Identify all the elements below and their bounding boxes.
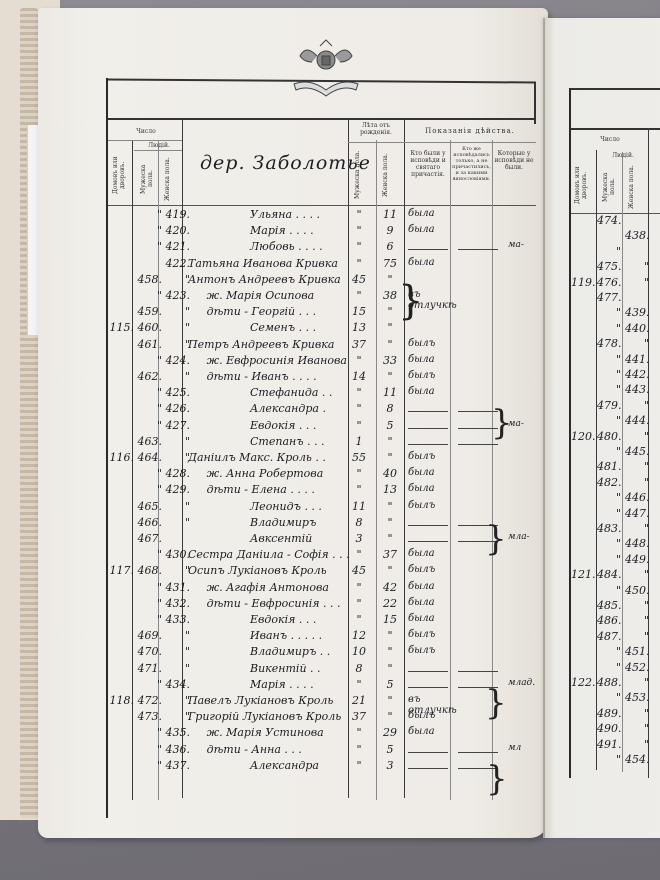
table-row: 469."Иванъ . . . . .12"былъ <box>108 629 536 645</box>
person-name: Авксентій <box>250 532 312 545</box>
female-number: " <box>164 645 190 658</box>
table-row: "436.дѣти - Анна . . ."5мл <box>108 743 536 759</box>
table-row: 115.460."Семенъ . . .13" <box>108 321 536 337</box>
age-male: " <box>348 581 370 594</box>
female-number: " <box>625 738 649 751</box>
person-name: ж. Агафія Антонова <box>207 581 329 594</box>
male-number: " <box>136 548 162 561</box>
person-name: Степанъ . . . <box>250 435 325 448</box>
table-row: 458."Антонъ Андреевъ Кривка45" <box>108 273 536 289</box>
female-number: 424. <box>164 354 190 367</box>
female-number: 452. <box>625 661 649 674</box>
age-male: " <box>348 483 370 496</box>
table-row: "433.Евдокія . . ."15была <box>108 613 536 629</box>
confession-status: былъ <box>408 500 452 511</box>
male-number: " <box>597 537 621 550</box>
person-name: Семенъ . . . <box>250 321 316 334</box>
table-row: 120.480." <box>571 430 660 444</box>
dash-mark <box>408 768 448 769</box>
male-number: " <box>136 483 162 496</box>
person-name: дѣти - Анна . . . <box>207 743 302 756</box>
header-chislo: Число <box>110 128 182 135</box>
age-female: 29 <box>378 726 402 739</box>
person-name: Григорій Лукіановъ Кроль <box>188 710 341 723</box>
female-number: " <box>625 430 649 443</box>
age-male: " <box>348 613 370 626</box>
male-number: " <box>136 743 162 756</box>
dash-mark <box>408 752 448 753</box>
age-female: 3 <box>378 759 402 772</box>
chislo-sub-rule <box>108 140 182 141</box>
confession-status: была <box>408 581 452 592</box>
female-number: 426. <box>164 402 190 415</box>
age-female: 5 <box>378 743 402 756</box>
male-number: " <box>597 491 621 504</box>
dash-mark <box>408 411 448 412</box>
table-row: "447. <box>571 507 660 521</box>
age-female: " <box>378 435 402 448</box>
age-female: 75 <box>378 257 402 270</box>
margin-note: мла- <box>508 532 530 542</box>
age-female: 11 <box>378 208 402 221</box>
age-male: " <box>348 257 370 270</box>
female-number: " <box>625 276 649 289</box>
female-number: 445. <box>625 445 649 458</box>
age-female: 11 <box>378 386 402 399</box>
table-row: "445. <box>571 445 660 459</box>
male-number: " <box>136 759 162 772</box>
confession-status: былъ <box>408 564 452 575</box>
age-female: " <box>378 629 402 642</box>
paper-tab-strip <box>27 125 38 335</box>
dash-mark <box>458 249 498 250</box>
confession-status: была <box>408 386 452 397</box>
female-number: " <box>164 662 190 675</box>
house-number: 118. <box>108 694 134 707</box>
female-number: 443. <box>625 383 649 396</box>
female-number: 420. <box>164 224 190 237</box>
brace-icon: } <box>486 762 508 796</box>
male-number: " <box>597 306 621 319</box>
dash-mark <box>408 687 448 688</box>
male-number: " <box>136 240 162 253</box>
table-row: 465."Леонидъ . . .11"былъ <box>108 500 536 516</box>
male-number: 478. <box>597 337 621 350</box>
age-male: 3 <box>348 532 370 545</box>
female-number: " <box>164 273 190 286</box>
confession-status: была <box>408 354 452 365</box>
house-number: 120. <box>571 430 595 443</box>
table-row: 483." <box>571 522 660 536</box>
male-number: 467. <box>136 532 162 545</box>
dash-mark <box>408 428 448 429</box>
dash-mark <box>458 444 498 445</box>
male-number: " <box>597 553 621 566</box>
right-header-lyudey: Людій. <box>598 152 648 159</box>
table-row: "442. <box>571 368 660 382</box>
male-number: " <box>136 597 162 610</box>
age-male: 11 <box>348 500 370 513</box>
header-leta-female: Женска пола. <box>382 148 396 202</box>
male-number: 458. <box>136 273 162 286</box>
person-name: Даніилъ Макс. Кроль . . <box>188 451 326 464</box>
header-lyudey: Людій. <box>136 142 182 149</box>
age-female: " <box>378 710 402 723</box>
male-number: 488. <box>597 676 621 689</box>
age-male: " <box>348 402 370 415</box>
person-name: Владимиръ <box>250 516 316 529</box>
table-row: 121.484." <box>571 568 660 582</box>
confession-status: былъ <box>408 645 452 656</box>
table-row: "431.ж. Агафія Антонова"42была <box>108 581 536 597</box>
male-number: " <box>136 613 162 626</box>
female-number: 419. <box>164 208 190 221</box>
age-male: " <box>348 743 370 756</box>
male-number: 461. <box>136 338 162 351</box>
dash-mark <box>408 671 448 672</box>
age-male: 15 <box>348 305 370 318</box>
person-name: дѣти - Иванъ . . . . <box>207 370 317 383</box>
person-name: Петръ Андреевъ Кривка <box>188 338 334 351</box>
age-female: 13 <box>378 483 402 496</box>
male-number: " <box>597 584 621 597</box>
male-number: 475. <box>597 260 621 273</box>
age-male: 45 <box>348 564 370 577</box>
male-number: " <box>597 753 621 766</box>
age-male: 12 <box>348 629 370 642</box>
header-pokazaniya: Показанія дѣйства. <box>406 128 534 135</box>
female-number: " <box>625 614 649 627</box>
age-female: " <box>378 338 402 351</box>
female-number: 429. <box>164 483 190 496</box>
person-name: Марія . . . . <box>250 678 314 691</box>
female-number: " <box>164 516 190 529</box>
female-number: 446. <box>625 491 649 504</box>
female-number: " <box>625 707 649 720</box>
age-male: 13 <box>348 321 370 334</box>
male-number: 491. <box>597 738 621 751</box>
age-female: 42 <box>378 581 402 594</box>
male-number: 485. <box>597 599 621 612</box>
female-number: " <box>625 399 649 412</box>
confession-status: была <box>408 257 452 268</box>
male-number: " <box>597 383 621 396</box>
female-number: " <box>164 451 190 464</box>
table-row: "439. <box>571 306 660 320</box>
age-male: 55 <box>348 451 370 464</box>
table-row: "432.дѣти - Евфросинія . . ."22была <box>108 597 536 613</box>
table-row: 117.468."Осипъ Лукіановъ Кроль45"былъ <box>108 564 536 580</box>
age-female: 33 <box>378 354 402 367</box>
female-number: " <box>625 476 649 489</box>
age-male: " <box>348 467 370 480</box>
table-row: "435.ж. Марія Устинова"29была <box>108 726 536 742</box>
male-number: 470. <box>136 645 162 658</box>
table-row: "420.Марія . . . ."9была <box>108 224 536 240</box>
header-houses: Домовъ или дворовъ. <box>112 150 130 200</box>
male-number: " <box>597 645 621 658</box>
male-number: 481. <box>597 460 621 473</box>
female-number: " <box>625 260 649 273</box>
age-male: " <box>348 354 370 367</box>
male-number: 482. <box>597 476 621 489</box>
female-number: " <box>164 338 190 351</box>
lyudey-sub-rule <box>134 150 182 151</box>
table-row: "452. <box>571 661 660 675</box>
person-name: Антонъ Андреевъ Кривка <box>188 273 341 286</box>
male-number: " <box>597 661 621 674</box>
person-name: Леонидъ . . . <box>250 500 322 513</box>
age-female: 8 <box>378 402 402 415</box>
female-number: " <box>164 694 190 707</box>
confession-status: была <box>408 726 452 737</box>
female-number: 423. <box>164 289 190 302</box>
male-number: " <box>136 581 162 594</box>
female-number: 448. <box>625 537 649 550</box>
table-row: " <box>571 245 660 259</box>
male-number: 487. <box>597 630 621 643</box>
confession-status: была <box>408 224 452 235</box>
male-number: " <box>136 402 162 415</box>
table-row: 422.Татьяна Иванова Кривка"75была <box>108 257 536 273</box>
male-number: " <box>136 419 162 432</box>
female-number: 439. <box>625 306 649 319</box>
male-number: 473. <box>136 710 162 723</box>
table-row: "428.ж. Анна Робертова"40была <box>108 467 536 483</box>
table-row: "426.Александра ."8 <box>108 402 536 418</box>
right-header-female: Женска пола. <box>628 164 642 210</box>
male-number: " <box>597 368 621 381</box>
table-row: 477. <box>571 291 660 305</box>
table-row: 467.Авксентій3"мла- <box>108 532 536 548</box>
male-number: 462. <box>136 370 162 383</box>
confession-status: былъ <box>408 338 452 349</box>
male-number: " <box>136 678 162 691</box>
age-male: 21 <box>348 694 370 707</box>
female-number: 449. <box>625 553 649 566</box>
header-male: Мужеска пола. <box>140 156 154 202</box>
dash-mark <box>408 444 448 445</box>
age-male: " <box>348 289 370 302</box>
male-number: " <box>597 414 621 427</box>
female-number: 431. <box>164 581 190 594</box>
female-number: 428. <box>164 467 190 480</box>
female-number: 436. <box>164 743 190 756</box>
table-row: 119.476." <box>571 276 660 290</box>
confession-status: была <box>408 483 452 494</box>
table-row: 459."дѣти - Георгій . . .15" <box>108 305 536 321</box>
confession-status: была <box>408 597 452 608</box>
male-number: 472. <box>136 694 162 707</box>
table-row: "421.Любовь . . . ."6ма- <box>108 240 536 256</box>
village-heading: дер. Заболотье <box>200 152 371 174</box>
female-number: 433. <box>164 613 190 626</box>
female-number: 434. <box>164 678 190 691</box>
dash-mark <box>458 752 498 753</box>
female-number: 442. <box>625 368 649 381</box>
person-name: Евдокія . . . <box>250 613 316 626</box>
header-confessed: Кто были у исповѣди и святаго причастія. <box>406 150 450 178</box>
table-row: "453. <box>571 691 660 705</box>
age-female: " <box>378 451 402 464</box>
house-number: 117. <box>108 564 134 577</box>
margin-note: мл <box>508 743 521 753</box>
table-row: 471."Викентій . .8" <box>108 662 536 678</box>
table-row: "424.ж. Евфросинія Иванова"33была <box>108 354 536 370</box>
person-name: ж. Марія Осипова <box>207 289 315 302</box>
table-row: 487." <box>571 630 660 644</box>
male-number: 471. <box>136 662 162 675</box>
age-male: 8 <box>348 662 370 675</box>
age-female: " <box>378 532 402 545</box>
house-number: 122. <box>571 676 595 689</box>
table-row: "454. <box>571 753 660 767</box>
table-row: "427.Евдокія . . ."5ма- <box>108 419 536 435</box>
dash-mark <box>408 525 448 526</box>
person-name: Сестра Даніила - Софія . . . <box>188 548 350 561</box>
female-number: " <box>164 500 190 513</box>
age-male: 45 <box>348 273 370 286</box>
confession-status: была <box>408 548 452 559</box>
age-female: " <box>378 694 402 707</box>
age-male: " <box>348 759 370 772</box>
male-number: 463. <box>136 435 162 448</box>
age-female: 5 <box>378 419 402 432</box>
person-name: Викентій . . <box>250 662 321 675</box>
male-number: 484. <box>597 568 621 581</box>
age-male: " <box>348 386 370 399</box>
age-male: 37 <box>348 338 370 351</box>
female-number: 427. <box>164 419 190 432</box>
female-number: " <box>164 710 190 723</box>
female-number: " <box>625 460 649 473</box>
brace-icon: } <box>491 406 513 440</box>
confession-status: былъ <box>408 451 452 462</box>
person-name: дѣти - Георгій . . . <box>207 305 317 318</box>
table-row: 490." <box>571 722 660 736</box>
male-number: " <box>597 445 621 458</box>
table-row: "444. <box>571 414 660 428</box>
female-number: 432. <box>164 597 190 610</box>
age-male: " <box>348 548 370 561</box>
person-name: ж. Анна Робертова <box>207 467 324 480</box>
person-name: ж. Марія Устинова <box>207 726 324 739</box>
brace-icon: } <box>398 284 423 318</box>
table-row: "449. <box>571 553 660 567</box>
female-number: " <box>625 630 649 643</box>
female-number: 430. <box>164 548 190 561</box>
margin-note: млад. <box>508 678 535 688</box>
table-row: 478." <box>571 337 660 351</box>
table-row: "441. <box>571 353 660 367</box>
male-number: 469. <box>136 629 162 642</box>
table-row: "451. <box>571 645 660 659</box>
confession-status: былъ <box>408 710 452 721</box>
male-number: 459. <box>136 305 162 318</box>
table-row: 466."Владимиръ8" <box>108 516 536 532</box>
male-number: " <box>136 208 162 221</box>
header-female: Женска пола. <box>164 156 178 202</box>
person-name: Иванъ . . . . . <box>250 629 322 642</box>
right-header-top-rule <box>571 128 660 130</box>
male-number: 479. <box>597 399 621 412</box>
age-male: " <box>348 597 370 610</box>
table-row: "423.ж. Марія Осипова"38въ отлучкѣ <box>108 289 536 305</box>
table-row: 462."дѣти - Иванъ . . . .14"былъ <box>108 370 536 386</box>
male-number: 468. <box>136 564 162 577</box>
margin-note: ма- <box>508 240 524 250</box>
person-name: Александра <box>250 759 319 772</box>
age-female: 22 <box>378 597 402 610</box>
female-number: " <box>625 599 649 612</box>
female-number: " <box>625 676 649 689</box>
age-male: " <box>348 419 370 432</box>
female-number: 435. <box>164 726 190 739</box>
age-female: 6 <box>378 240 402 253</box>
confession-status: былъ <box>408 370 452 381</box>
female-number: 425. <box>164 386 190 399</box>
female-number: 422. <box>164 257 190 270</box>
table-row: 463."Степанъ . . .1" <box>108 435 536 451</box>
female-number: 444. <box>625 414 649 427</box>
male-number: 490. <box>597 722 621 735</box>
house-number: 116. <box>108 451 134 464</box>
table-row: 486." <box>571 614 660 628</box>
table-row: "448. <box>571 537 660 551</box>
male-number: 460. <box>136 321 162 334</box>
female-number: " <box>625 568 649 581</box>
age-male: 8 <box>348 516 370 529</box>
pokazaniya-sub-rule <box>404 142 536 143</box>
person-name: Любовь . . . . <box>250 240 323 253</box>
female-number: " <box>164 370 190 383</box>
right-header-male: Мужеска пола. <box>602 164 616 210</box>
house-number: 115. <box>108 321 134 334</box>
female-number: " <box>164 629 190 642</box>
male-number: 477. <box>597 291 621 304</box>
person-name: дѣти - Елена . . . . <box>207 483 315 496</box>
table-row: "437.Александра"3 <box>108 759 536 775</box>
person-name: Стефанида . . <box>250 386 332 399</box>
male-number: " <box>597 322 621 335</box>
confession-status: была <box>408 208 452 219</box>
male-number: 483. <box>597 522 621 535</box>
age-male: 1 <box>348 435 370 448</box>
male-number: " <box>136 467 162 480</box>
dash-mark <box>408 249 448 250</box>
table-row: "434.Марія . . . ."5млад. <box>108 678 536 694</box>
table-row: "425.Стефанида . ."11была <box>108 386 536 402</box>
female-number: " <box>164 321 190 334</box>
header-leta: Лѣта отъ рожденія. <box>350 122 402 136</box>
table-row: 461."Петръ Андреевъ Кривка37"былъ <box>108 338 536 354</box>
dash-mark <box>408 541 448 542</box>
female-number: 451. <box>625 645 649 658</box>
male-number: 480. <box>597 430 621 443</box>
female-number: 437. <box>164 759 190 772</box>
female-number: 438. <box>625 229 649 242</box>
brace-icon: } <box>485 522 507 556</box>
age-male: 10 <box>348 645 370 658</box>
table-row: 470."Владимиръ . .10"былъ <box>108 645 536 661</box>
male-number: " <box>597 691 621 704</box>
person-name: Осипъ Лукіановъ Кроль <box>188 564 327 577</box>
age-female: 9 <box>378 224 402 237</box>
female-number: 441. <box>625 353 649 366</box>
confession-status: былъ <box>408 629 452 640</box>
age-male: 37 <box>348 710 370 723</box>
male-number: " <box>136 726 162 739</box>
